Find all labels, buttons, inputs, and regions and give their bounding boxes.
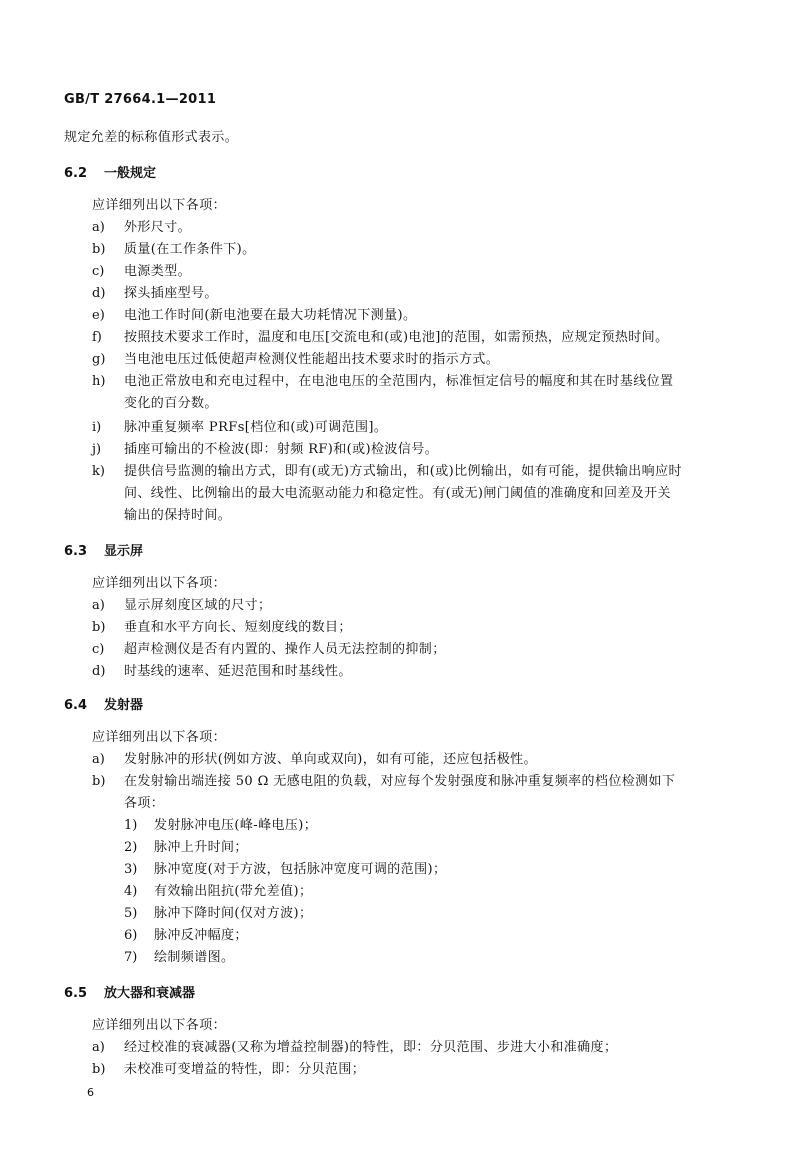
subitem-label: 7) bbox=[124, 948, 137, 968]
section-heading-6-4: 6.4发射器 bbox=[64, 696, 143, 716]
item-label: h) bbox=[92, 372, 105, 392]
item-text: 电池正常放电和充电过程中，在电池电压的全范围内，标准恒定信号的幅度和其在时基线位… bbox=[124, 372, 673, 392]
item-text: 经过校准的衰减器(又称为增益控制器)的特性，即：分贝范围、步进大小和准确度； bbox=[124, 1038, 617, 1058]
item-text: 超声检测仪是否有内置的、操作人员无法控制的抑制； bbox=[124, 640, 446, 660]
item-label: a) bbox=[92, 1038, 105, 1058]
subitem-label: 5) bbox=[124, 904, 137, 924]
item-label: g) bbox=[92, 350, 105, 370]
section-heading-6-5: 6.5放大器和衰减器 bbox=[64, 984, 195, 1004]
item-label: c) bbox=[92, 640, 104, 660]
item-label: a) bbox=[92, 750, 105, 770]
item-text: 在发射输出端连接 50 Ω 无感电阻的负载，对应每个发射强度和脉冲重复频率的档位… bbox=[124, 772, 675, 792]
subitem-label: 1) bbox=[124, 816, 137, 836]
section-lead: 应详细列出以下各项： bbox=[92, 574, 226, 594]
item-text-continuation: 间、线性、比例输出的最大电流驱动能力和稳定性。有(或无)闸门阈值的准确度和回差及… bbox=[124, 484, 671, 504]
item-label: b) bbox=[92, 240, 105, 260]
item-text: 时基线的速率、延迟范围和时基线性。 bbox=[124, 662, 352, 682]
section-number: 6.5 bbox=[64, 984, 104, 1004]
subitem-text: 脉冲下降时间(仅对方波)； bbox=[154, 904, 312, 924]
subitem-text: 脉冲上升时间； bbox=[154, 838, 248, 858]
item-label: c) bbox=[92, 262, 104, 282]
section-title: 放大器和衰减器 bbox=[104, 986, 195, 1001]
item-label: b) bbox=[92, 1060, 105, 1080]
subitem-text: 脉冲反冲幅度； bbox=[154, 926, 248, 946]
standard-code: GB/T 27664.1—2011 bbox=[64, 92, 216, 107]
item-label: b) bbox=[92, 772, 105, 792]
item-text: 外形尺寸。 bbox=[124, 218, 191, 238]
section-lead: 应详细列出以下各项： bbox=[92, 196, 226, 216]
section-title: 发射器 bbox=[104, 698, 143, 713]
item-text: 质量(在工作条件下)。 bbox=[124, 240, 256, 260]
item-text: 未校准可变增益的特性，即：分贝范围； bbox=[124, 1060, 365, 1080]
section-number: 6.3 bbox=[64, 542, 104, 562]
section-lead: 应详细列出以下各项： bbox=[92, 1016, 226, 1036]
item-text: 当电池电压过低使超声检测仪性能超出技术要求时的指示方式。 bbox=[124, 350, 499, 370]
intro-continuation: 规定允差的标称值形式表示。 bbox=[64, 128, 238, 148]
subitem-label: 6) bbox=[124, 926, 137, 946]
item-text: 脉冲重复频率 PRFs[档位和(或)可调范围]。 bbox=[124, 418, 387, 438]
item-label: d) bbox=[92, 662, 105, 682]
section-number: 6.2 bbox=[64, 164, 104, 184]
item-text-continuation: 输出的保持时间。 bbox=[124, 506, 231, 526]
document-page: GB/T 27664.1—2011 规定允差的标称值形式表示。 6.2一般规定 … bbox=[0, 0, 800, 1168]
subitem-label: 3) bbox=[124, 860, 137, 880]
item-text: 显示屏刻度区域的尺寸； bbox=[124, 596, 271, 616]
subitem-text: 脉冲宽度(对于方波，包括脉冲宽度可调的范围)； bbox=[154, 860, 446, 880]
item-label: i) bbox=[92, 418, 101, 438]
page-number: 6 bbox=[87, 1086, 94, 1099]
item-text-continuation: 各项： bbox=[124, 794, 164, 814]
section-heading-6-3: 6.3显示屏 bbox=[64, 542, 143, 562]
item-label: f) bbox=[92, 328, 102, 348]
item-text: 电源类型。 bbox=[124, 262, 191, 282]
section-title: 显示屏 bbox=[104, 544, 143, 559]
item-text: 垂直和水平方向长、短刻度线的数目； bbox=[124, 618, 352, 638]
item-text: 电池工作时间(新电池要在最大功耗情况下测量)。 bbox=[124, 306, 416, 326]
item-text: 提供信号监测的输出方式，即有(或无)方式输出，和(或)比例输出，如有可能，提供输… bbox=[124, 462, 682, 482]
section-lead: 应详细列出以下各项： bbox=[92, 728, 226, 748]
section-title: 一般规定 bbox=[104, 166, 156, 181]
subitem-label: 4) bbox=[124, 882, 137, 902]
subitem-text: 有效输出阻抗(带允差值)； bbox=[154, 882, 312, 902]
item-text: 发射脉冲的形状(例如方波、单向或双向)，如有可能，还应包括极性。 bbox=[124, 750, 537, 770]
item-text: 探头插座型号。 bbox=[124, 284, 218, 304]
item-label: k) bbox=[92, 462, 105, 482]
item-label: b) bbox=[92, 618, 105, 638]
section-heading-6-2: 6.2一般规定 bbox=[64, 164, 156, 184]
item-text-continuation: 变化的百分数。 bbox=[124, 394, 218, 414]
subitem-label: 2) bbox=[124, 838, 137, 858]
item-label: j) bbox=[92, 440, 101, 460]
subitem-text: 绘制频谱图。 bbox=[154, 948, 234, 968]
item-text: 插座可输出的不检波(即：射频 RF)和(或)检波信号。 bbox=[124, 440, 438, 460]
item-text: 按照技术要求工作时，温度和电压[交流电和(或)电池]的范围，如需预热，应规定预热… bbox=[124, 328, 669, 348]
item-label: a) bbox=[92, 218, 105, 238]
item-label: d) bbox=[92, 284, 105, 304]
item-label: e) bbox=[92, 306, 105, 326]
section-number: 6.4 bbox=[64, 696, 104, 716]
subitem-text: 发射脉冲电压(峰-峰电压)； bbox=[154, 816, 317, 836]
item-label: a) bbox=[92, 596, 105, 616]
